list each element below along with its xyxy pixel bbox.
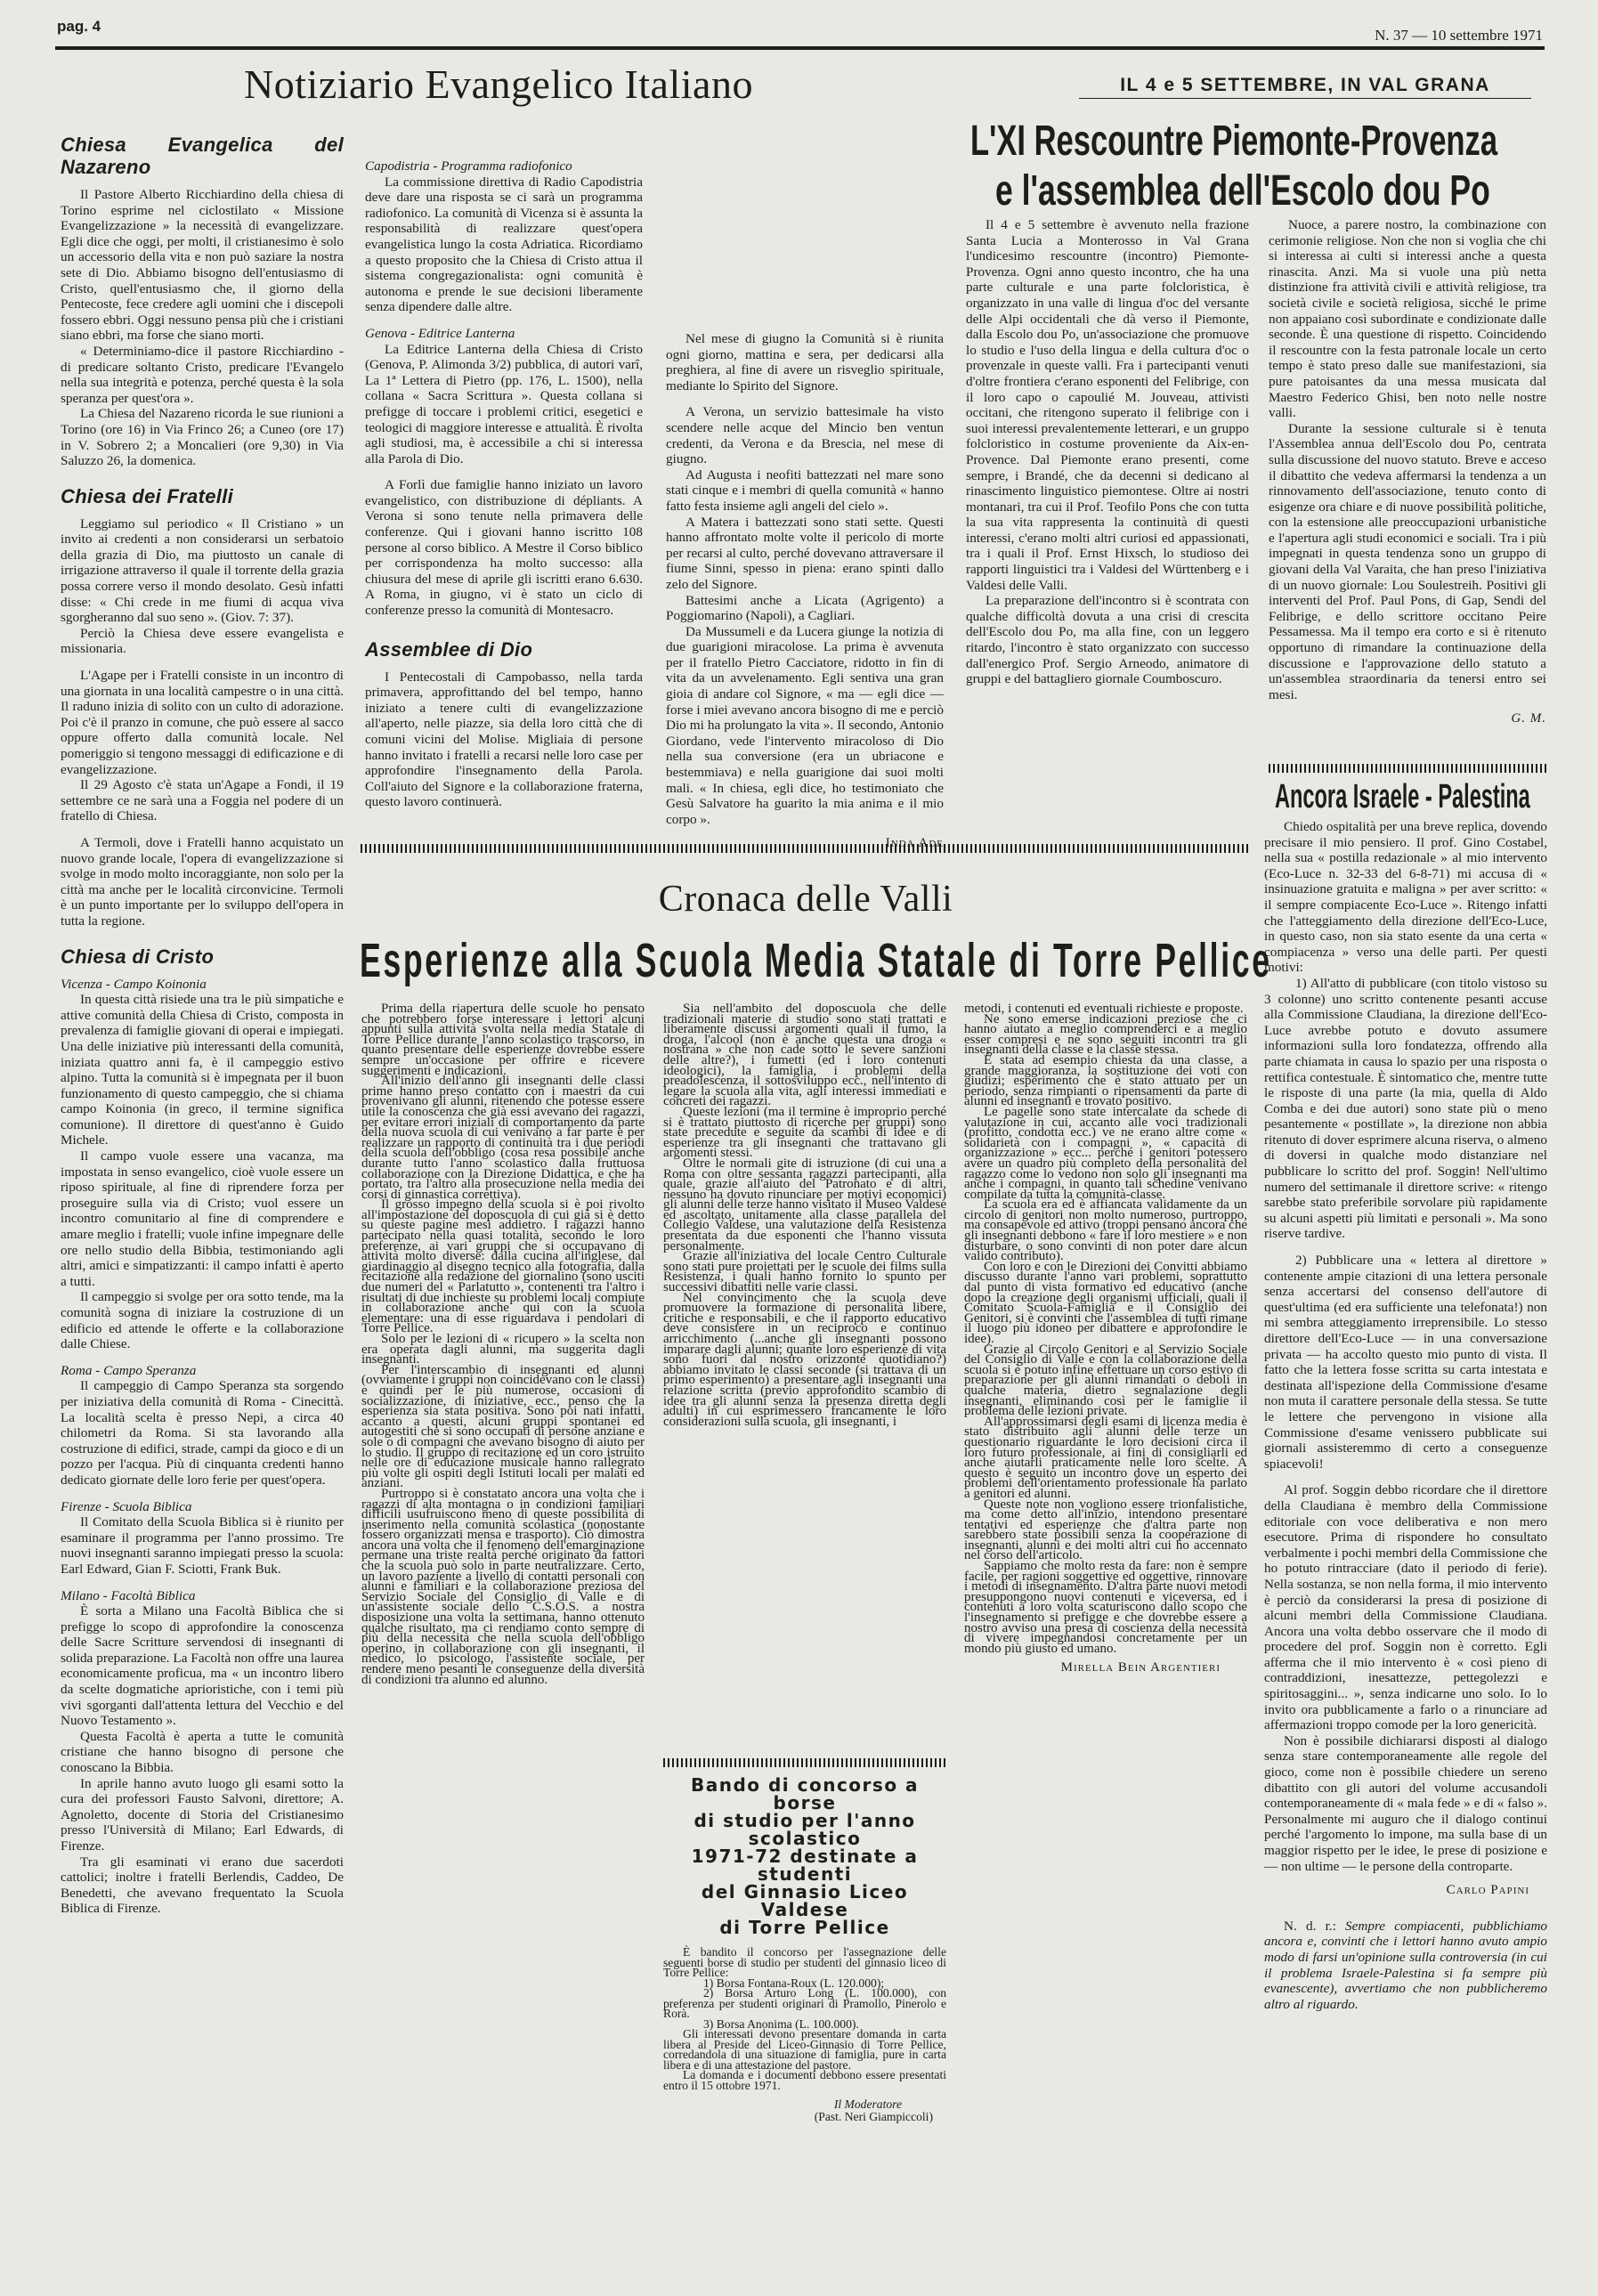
paragraph: All'approssimarsi degli esami di licenza… xyxy=(964,1417,1247,1500)
paragraph: A Termoli, dove i Fratelli hanno acquist… xyxy=(61,835,344,929)
paragraph: Leggiamo sul periodico « Il Cristiano » … xyxy=(61,516,344,626)
rescountre-headline-2: e l'assemblea dell'Escolo dou Po xyxy=(995,168,1490,215)
signature-carlo-papini: Carlo Papini xyxy=(1264,1883,1529,1899)
paragraph: Nel mese di giugno la Comunità si è riun… xyxy=(666,331,944,393)
paragraph: È sorta a Milano una Facoltà Biblica che… xyxy=(61,1603,344,1729)
paragraph: Il campeggio di Campo Speranza sta sorge… xyxy=(61,1378,344,1488)
paragraph: Nel convincimento che la scuola deve pro… xyxy=(663,1294,946,1428)
header-rule xyxy=(55,46,1545,50)
signature-mirella: Mirella Bein Argentieri xyxy=(964,1663,1221,1674)
paragraph: A Verona, un servizio battesimale ha vis… xyxy=(666,404,944,467)
subheading: Capodistria - Programma radiofonico xyxy=(365,158,643,174)
separator-hatch xyxy=(361,844,1251,853)
bando-item: 2) Borsa Arturo Long (L. 100.000), con p… xyxy=(663,1988,946,2019)
paragraph: Con loro e con le Direzioni dei Convitti… xyxy=(964,1262,1247,1345)
rescountre-column-1: Il 4 e 5 settembre è avvenuto nella fraz… xyxy=(966,217,1249,687)
paragraph: Il 29 Agosto c'è stata un'Agape a Fondi,… xyxy=(61,777,344,824)
paragraph: La preparazione dell'incontro si è scont… xyxy=(966,593,1249,687)
paragraph: Ad Augusta i neofiti battezzati nel mare… xyxy=(666,467,944,515)
separator-hatch xyxy=(1269,764,1546,773)
paragraph: Grazie all'iniziativa del locale Centro … xyxy=(663,1252,946,1293)
paragraph: 2) Pubblicare una « lettera al direttore… xyxy=(1264,1253,1547,1472)
paragraph: Per l'interscambio di insegnanti ed alun… xyxy=(361,1366,645,1489)
paragraph: Nuoce, a parere nostro, la combinazione … xyxy=(1269,217,1546,421)
bando-title-line: Bando di concorso a borse xyxy=(663,1776,946,1812)
paragraph: Il Pastore Alberto Ricchiardino della ch… xyxy=(61,187,344,344)
bando-notice: Bando di concorso a borse di studio per … xyxy=(663,1776,946,2122)
paragraph: Sia nell'ambito del doposcuola che delle… xyxy=(663,1004,946,1107)
paragraph: Prima della riapertura delle scuole ho p… xyxy=(361,1004,645,1076)
paragraph: Le pagelle sono state intercalate da sch… xyxy=(964,1107,1247,1200)
heading-assemblee: Assemblee di Dio xyxy=(365,638,643,661)
paragraph: Durante la sessione culturale si è tenut… xyxy=(1269,421,1546,703)
bando-instructions: Gli interessati devono presentare domand… xyxy=(663,2029,946,2070)
cronaca-headline: Esperienze alla Scuola Media Statale di … xyxy=(360,933,1272,988)
paragraph: Queste lezioni (ma il termine è impropri… xyxy=(663,1107,946,1159)
paragraph: A Forlì due famiglie hanno iniziato un l… xyxy=(365,477,643,618)
signature-gm: G. M. xyxy=(1269,711,1546,727)
section-title-cronaca: Cronaca delle Valli xyxy=(361,877,1251,921)
editorial-note: N. d. r.: Sempre compiacenti, pubblichia… xyxy=(1264,1919,1547,2013)
paragraph: Oltre le normali gite di istruzione (di … xyxy=(663,1159,946,1252)
rescountre-headline-1: L'XI Rescountre Piemonte-Provenza xyxy=(970,118,1497,165)
paragraph: Il campeggio si svolge per ora sotto ten… xyxy=(61,1289,344,1351)
bando-intro: È bandito il concorso per l'assegnazione… xyxy=(663,1947,946,1978)
paragraph: Battesimi anche a Licata (Agrigento) a P… xyxy=(666,593,944,624)
rescountre-column-2: Nuoce, a parere nostro, la combinazione … xyxy=(1269,217,1546,727)
paragraph: All'inizio dell'anno gli insegnanti dell… xyxy=(361,1076,645,1200)
paragraph: La commissione direttiva di Radio Capodi… xyxy=(365,174,643,315)
paragraph: È stata ad esempio chiesta da una classe… xyxy=(964,1056,1247,1107)
bando-signer-name: (Past. Neri Giampiccoli) xyxy=(663,2112,933,2122)
paragraph: « Determiniamo-dice il pastore Ricchiard… xyxy=(61,344,344,406)
issue-date: N. 37 — 10 settembre 1971 xyxy=(1375,27,1543,45)
bando-title: Bando di concorso a borse di studio per … xyxy=(663,1776,946,1936)
subheading: Roma - Campo Speranza xyxy=(61,1363,344,1379)
rescountre-kicker: IL 4 e 5 SETTEMBRE, IN VAL GRANA xyxy=(1079,75,1531,99)
column-3: Nel mese di giugno la Comunità si è riun… xyxy=(666,331,944,852)
paragraph: Ne sono emerse indicazioni preziose che … xyxy=(964,1015,1247,1056)
paragraph: Al prof. Soggin debbo ricordare che il d… xyxy=(1264,1482,1547,1733)
section-title-notiziario: Notiziario Evangelico Italiano xyxy=(209,61,788,109)
israele-headline: Ancora Israele - Palestina xyxy=(1275,778,1530,815)
paragraph: Il campo vuole essere una vacanza, ma im… xyxy=(61,1148,344,1289)
paragraph: Perciò la Chiesa deve essere evangelista… xyxy=(61,626,344,657)
paragraph: A Matera i battezzati sono stati sette. … xyxy=(666,515,944,593)
paragraph: Sappiamo che molto resta da fare: non è … xyxy=(964,1562,1247,1654)
ndr-label: N. d. r.: xyxy=(1284,1919,1336,1934)
bando-deadline: La domanda e i documenti debbono essere … xyxy=(663,2070,946,2090)
cronaca-column-1: Prima della riapertura delle scuole ho p… xyxy=(361,1004,645,1685)
cronaca-column-2: Sia nell'ambito del doposcuola che delle… xyxy=(663,1004,946,1427)
page-number: pag. 4 xyxy=(57,18,101,36)
paragraph: Da Mussumeli e da Lucera giunge la notiz… xyxy=(666,624,944,828)
bando-title-line: di Torre Pellice xyxy=(663,1919,946,1936)
column-2: Capodistria - Programma radiofonico La c… xyxy=(365,134,643,810)
paragraph: Queste note non vogliono essere trionfal… xyxy=(964,1500,1247,1562)
paragraph: I Pentecostali di Campobasso, nella tard… xyxy=(365,669,643,810)
paragraph: Purtroppo si è constatato ancora una vol… xyxy=(361,1489,645,1685)
paragraph: Non è possibile dichiararsi disposti al … xyxy=(1264,1733,1547,1874)
paragraph: Il 4 e 5 settembre è avvenuto nella fraz… xyxy=(966,217,1249,593)
paragraph: La Chiesa del Nazareno ricorda le sue ri… xyxy=(61,406,344,468)
paragraph: Questa Facoltà è aperta a tutte le comun… xyxy=(61,1729,344,1776)
paragraph: 1) All'atto di pubblicare (con titolo vi… xyxy=(1264,976,1547,1242)
israele-column: Chiedo ospitalità per una breve replica,… xyxy=(1264,819,1547,2012)
bando-title-line: del Ginnasio Liceo Valdese xyxy=(663,1883,946,1919)
paragraph: La scuola era ed è affiancata validament… xyxy=(964,1200,1247,1262)
cronaca-column-3: metodi, i contenuti ed eventuali richies… xyxy=(964,1004,1247,1674)
heading-cristo: Chiesa di Cristo xyxy=(61,945,344,968)
column-1: Chiesa Evangelica del Nazareno Il Pastor… xyxy=(61,134,344,1917)
bando-title-line: di studio per l'anno scolastico xyxy=(663,1812,946,1847)
paragraph: In questa città risiede una tra le più s… xyxy=(61,992,344,1148)
heading-nazareno: Chiesa Evangelica del Nazareno xyxy=(61,134,344,178)
bando-body: È bandito il concorso per l'assegnazione… xyxy=(663,1947,946,2122)
subheading: Firenze - Scuola Biblica xyxy=(61,1499,344,1515)
paragraph: Il Comitato della Scuola Biblica si è ri… xyxy=(61,1514,344,1577)
separator-hatch xyxy=(663,1758,946,1767)
heading-fratelli: Chiesa dei Fratelli xyxy=(61,485,344,507)
paragraph: Solo per le lezioni di « ricupero » la s… xyxy=(361,1335,645,1366)
paragraph: La Editrice Lanterna della Chiesa di Cri… xyxy=(365,342,643,467)
subheading: Genova - Editrice Lanterna xyxy=(365,326,643,342)
paragraph: L'Agape per i Fratelli consiste in un in… xyxy=(61,668,344,777)
paragraph: Chiedo ospitalità per una breve replica,… xyxy=(1264,819,1547,976)
paragraph: Tra gli esaminati vi erano due sacerdoti… xyxy=(61,1854,344,1917)
subheading: Milano - Facoltà Biblica xyxy=(61,1588,344,1604)
paragraph: Il grosso impegno della scuola si è poi … xyxy=(361,1200,645,1335)
bando-title-line: 1971-72 destinate a studenti xyxy=(663,1847,946,1883)
bando-signer-title: Il Moderatore xyxy=(663,2099,902,2110)
paragraph: In aprile hanno avuto luogo gli esami so… xyxy=(61,1776,344,1854)
paragraph: Grazie al Circolo Genitori e al Servizio… xyxy=(964,1345,1247,1417)
subheading: Vicenza - Campo Koinonia xyxy=(61,977,344,993)
